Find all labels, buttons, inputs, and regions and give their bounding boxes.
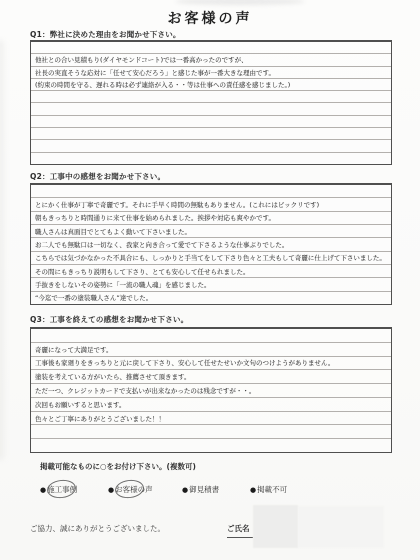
bullet-icon: ●	[40, 486, 46, 494]
bullet-icon: ●	[250, 486, 256, 494]
publish-option-estimate: ●御見積書	[182, 484, 219, 496]
answer-row-text: 工事後も家廻りをきっちりと元に戻して下さり、安心して任せたせいか文句のつけようが…	[31, 358, 334, 367]
answer-row: 次回もお願いすると思います。	[31, 398, 391, 412]
answer-row: とにかく仕事が丁寧で奇麗です。それに手早く時間の無駄もありません。(これにはビッ…	[31, 198, 391, 211]
publish-option-no-publication: ●掲載不可	[250, 484, 287, 496]
answer-row: (約束の時間を守る、遅れる時は必ず連絡が入る・・等は仕事への責任感を感じました。…	[31, 79, 391, 91]
answer-row-text: その間にもきっちり説明もして下さり、とても安心して任せられました。	[31, 267, 250, 276]
answer-row-text: 色々とご丁寧にありがとうございました！！	[31, 414, 165, 423]
scan-artifact	[175, 0, 305, 5]
question-1-answer-box: 他社との合い見積もり(ダイヤモンドコート)では一番高かったのですが、社長の実直そ…	[30, 40, 392, 165]
answer-row	[31, 153, 391, 164]
publish-option-label: 御見積書	[189, 485, 219, 494]
answer-row: ただ一つ、クレジットカードで支払いが出来なかったのは残念ですが・・。	[31, 384, 391, 398]
answer-row-text: 職人さんは真面目でとてもよく動いて下さいました。	[31, 227, 191, 236]
answer-row-text: とにかく仕事が丁寧で奇麗です。それに手早く時間の無駄もありません。(これにはビッ…	[31, 200, 319, 209]
answer-row-text: 社長の実直そうな応対に「任せて安心だろう」と感じた事が一番大きな理由です。	[31, 68, 275, 77]
bullet-icon: ●	[182, 486, 188, 494]
answer-row: 工事後も家廻りをきっちりと元に戻して下さり、安心して任せたせいか文句のつけようが…	[31, 357, 391, 371]
answer-row-text: 朝もきっちりと時間通りに来て仕事を始められました。挨拶や対応も爽やかです。	[31, 213, 275, 222]
answer-row	[31, 128, 391, 140]
redacted-name-box	[253, 505, 298, 548]
answer-row: “今迄で一番の塗装職人さん”達でした。	[31, 292, 391, 304]
answer-row	[31, 439, 391, 452]
name-field-label: ご氏名	[227, 523, 253, 538]
answer-row: その間にもきっちり説明もして下さり、とても安心して任せられました。	[31, 265, 391, 278]
answer-row-text: 奇麗になって大満足です。	[31, 345, 112, 354]
question-1-label: Q1：弊社に決めた理由をお聞かせ下さい。	[30, 29, 390, 40]
question-2-label: Q2：工事中の感想をお聞かせ下さい。	[30, 171, 390, 182]
bullet-icon: ●	[108, 486, 114, 494]
answer-row	[31, 42, 391, 54]
answer-row	[31, 425, 391, 439]
answer-row: 他社との合い見積もり(ダイヤモンドコート)では一番高かったのですが、	[31, 54, 391, 66]
publish-option-label: お客様の声	[115, 485, 153, 494]
answer-row-text: 塗装を考えている方がいたら、推薦させて頂きます。	[31, 372, 190, 381]
answer-row-text: お二人でも無駄口は一切なく、我家と向き合って愛でて下さるような仕事ぶりでした。	[31, 240, 288, 249]
answer-row	[31, 116, 391, 128]
answer-row	[31, 103, 391, 115]
redacted-name-box	[298, 506, 384, 548]
publish-option-construction-example: ●施工事例	[40, 484, 77, 496]
answer-row: 奇麗になって大満足です。	[31, 343, 391, 357]
answer-row-text: 他社との合い見積もり(ダイヤモンドコート)では一番高かったのですが、	[31, 55, 248, 64]
answer-row: 社長の実直そうな応対に「任せて安心だろう」と感じた事が一番大きな理由です。	[31, 67, 391, 79]
answer-row-text: こちらでは気づかなかった不具合にも、しっかりと手当てをして下さり色々と工夫もして…	[31, 253, 386, 262]
publish-option-label: 掲載不可	[257, 485, 287, 494]
answer-row: 色々とご丁寧にありがとうございました！！	[31, 412, 391, 426]
answer-row-text: (約束の時間を守る、遅れる時は必ず連絡が入る・・等は仕事への責任感を感じました。…	[31, 80, 290, 89]
question-3-label: Q3：工事を終えての感想をお聞かせ下さい。	[30, 314, 390, 325]
question-3-answer-box: 奇麗になって大満足です。工事後も家廻りをきっちりと元に戻して下さり、安心して任せ…	[30, 327, 392, 453]
answer-row	[31, 140, 391, 152]
answer-row	[31, 91, 391, 103]
answer-row	[31, 185, 391, 198]
thanks-text: ご協力、誠にありがとうございました。	[30, 523, 165, 534]
answer-row: 朝もきっちりと時間通りに来て仕事を始められました。挨拶や対応も爽やかです。	[31, 212, 391, 225]
answer-row: こちらでは気づかなかった不具合にも、しっかりと手当てをして下さり色々と工夫もして…	[31, 252, 391, 265]
answer-row: お二人でも無駄口は一切なく、我家と向き合って愛でて下さるような仕事ぶりでした。	[31, 238, 391, 251]
answer-row-text: 次回もお願いすると思います。	[31, 400, 125, 409]
publish-option-label: 施工事例	[47, 485, 77, 494]
answer-row	[31, 329, 391, 343]
answer-row: 手抜きをしないその姿勢に「一流の職人魂」を感じました。	[31, 278, 391, 291]
scan-artifact	[0, 40, 4, 460]
question-2-answer-box: とにかく仕事が丁寧で奇麗です。それに手早く時間の無駄もありません。(これにはビッ…	[30, 183, 392, 305]
answer-row: 職人さんは真面目でとてもよく動いて下さいました。	[31, 225, 391, 238]
answer-row-text: ただ一つ、クレジットカードで支払いが出来なかったのは残念ですが・・。	[31, 386, 255, 395]
publish-option-customer-voice: ●お客様の声	[108, 484, 153, 496]
answer-row-text: 手抜きをしないその姿勢に「一流の職人魂」を感じました。	[31, 280, 211, 289]
answer-row: 塗装を考えている方がいたら、推薦させて頂きます。	[31, 370, 391, 384]
scanned-questionnaire-page: お客様の声 Q1：弊社に決めた理由をお聞かせ下さい。 他社との合い見積もり(ダイ…	[0, 0, 420, 560]
answer-row-text: “今迄で一番の塗装職人さん”達でした。	[31, 293, 152, 302]
publish-permission-instruction: 掲載可能なものに○をお付け下さい。(複数可)	[40, 461, 196, 472]
page-title: お客様の声	[0, 8, 420, 28]
